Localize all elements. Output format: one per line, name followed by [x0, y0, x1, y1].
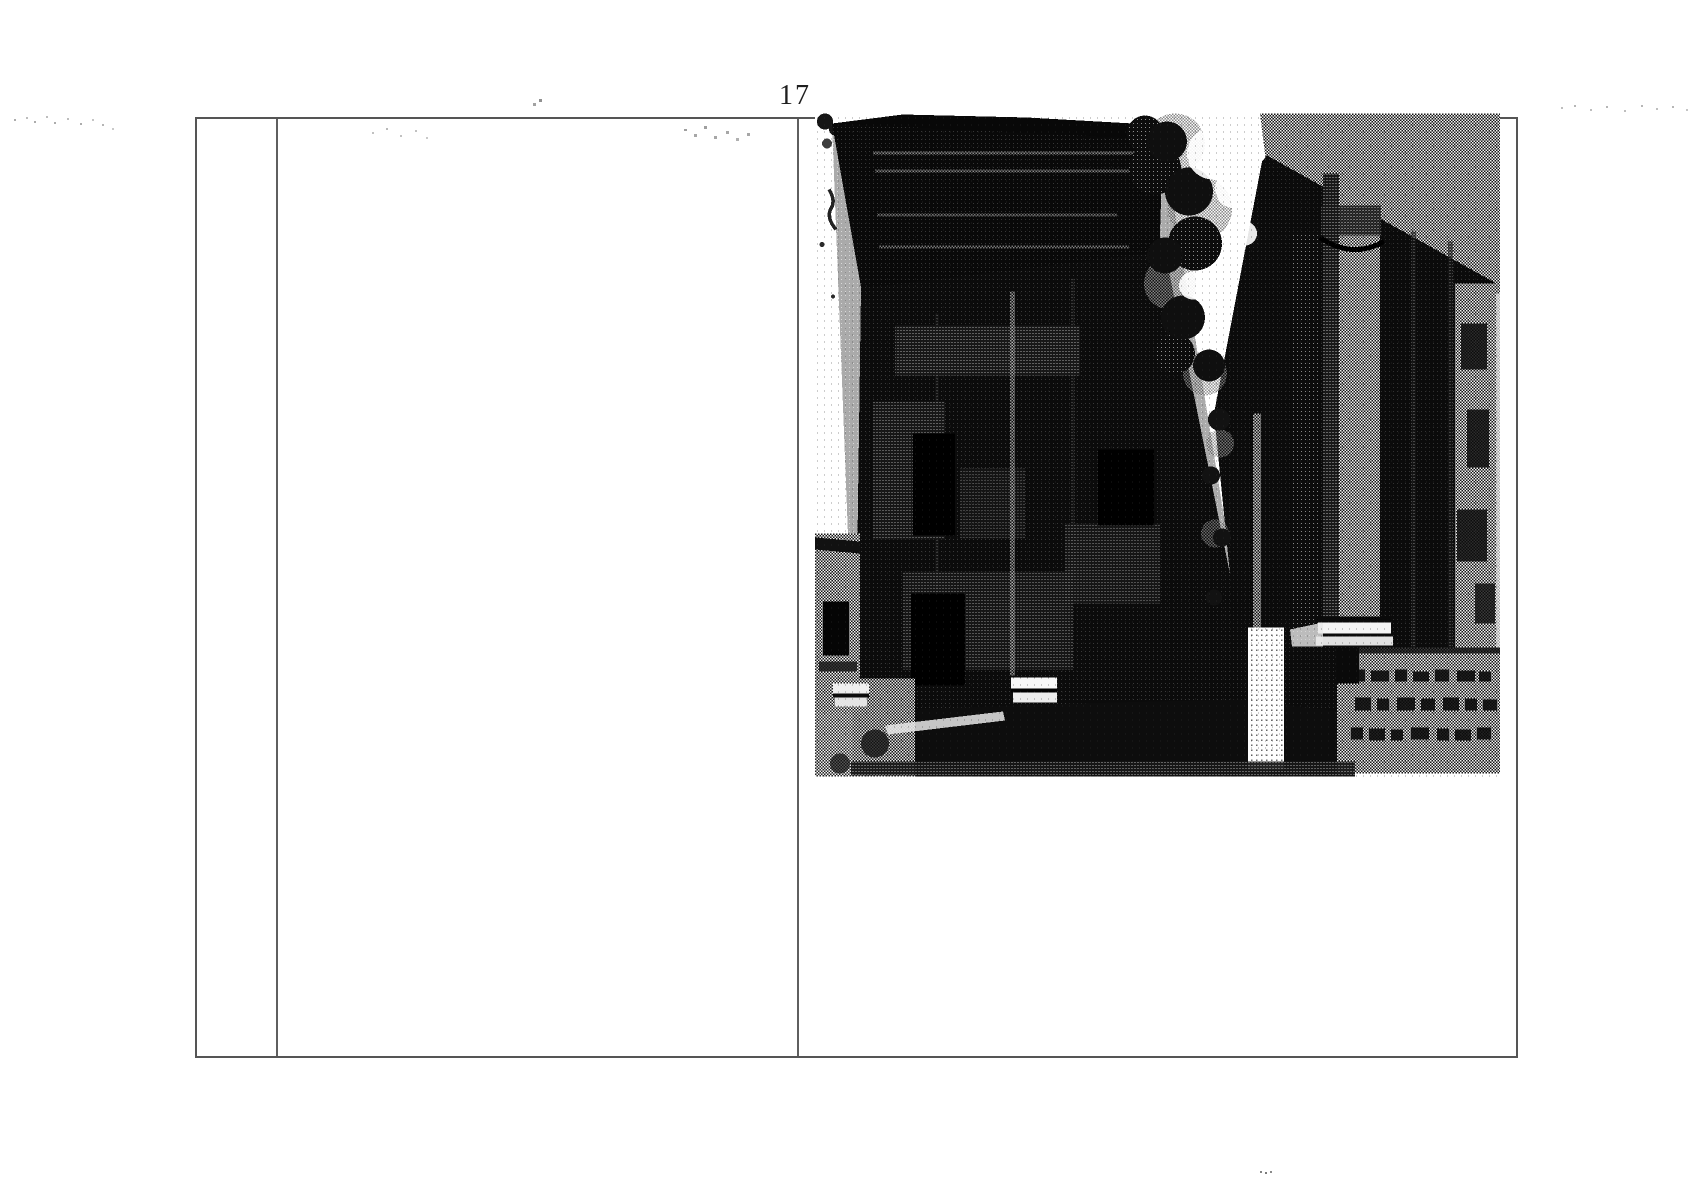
table-column-divider-2	[797, 119, 799, 1056]
page-number: 17	[770, 80, 820, 112]
photo-grain	[815, 114, 1500, 778]
scan-noise-smudge-1	[360, 126, 362, 128]
scan-noise-left-margin	[12, 116, 14, 118]
scan-noise-above-border	[529, 97, 532, 100]
table-column-divider-1	[276, 119, 278, 1056]
scan-noise-smudge-2	[684, 126, 687, 129]
scan-noise-bottom-dots	[1256, 1171, 1258, 1173]
scan-noise-top-right	[1546, 104, 1548, 106]
scanned-document-page: 17	[0, 0, 1697, 1200]
photo-cell	[815, 113, 1500, 778]
photo-classical-columned-buildings	[815, 113, 1500, 778]
